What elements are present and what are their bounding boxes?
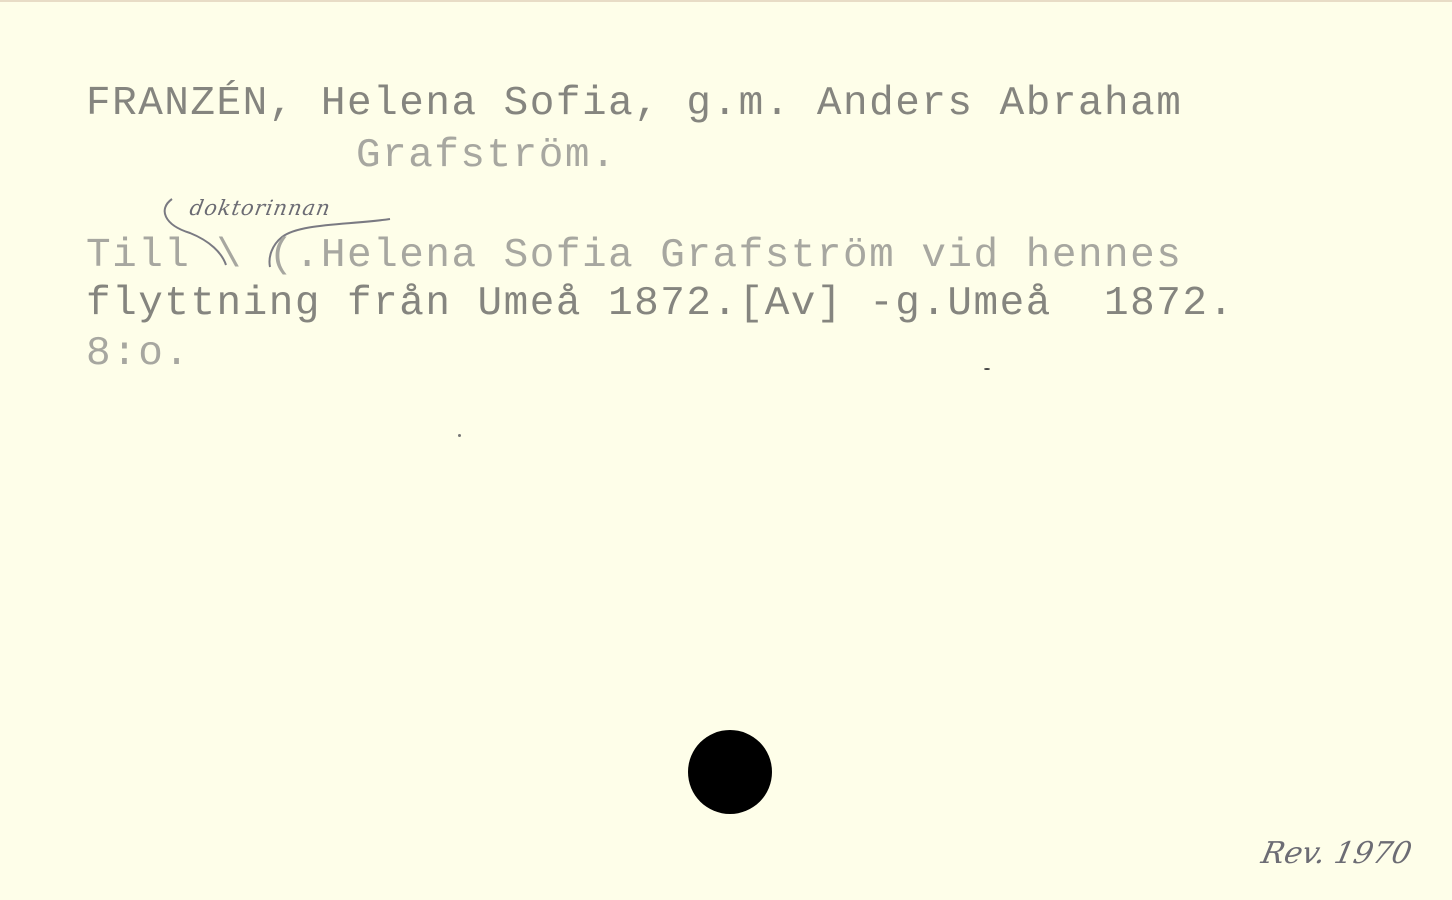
handwritten-revision-note: Rev. 1970 [1258,836,1415,871]
heading-spouse-surname: Grafström. [356,136,617,177]
body-title-line-1: Till \ (.Helena Sofia Grafström vid henn… [86,236,1182,277]
paper-speck [984,368,990,370]
catalog-card: FRANZÉN, Helena Sofia, g.m. Anders Abrah… [0,0,1452,900]
body-format-line: 8:o. [86,334,190,375]
body-title-line-2: flyttning från Umeå 1872.[Av] -g.Umeå 18… [86,284,1235,325]
paper-speck [458,434,461,437]
punch-hole [688,730,772,814]
handwritten-insertion: doktorinnan [188,196,333,220]
heading-name-line: FRANZÉN, Helena Sofia, g.m. Anders Abrah… [86,84,1182,125]
